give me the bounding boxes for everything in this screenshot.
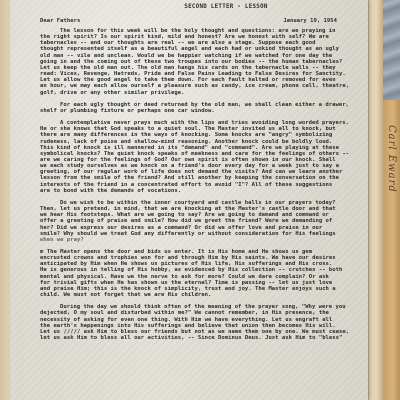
paragraph-2: For each ugly thought or deed returned b… <box>40 102 372 114</box>
text-line: offer a greeting of praise and smile? Ho… <box>40 218 372 224</box>
photo-scene: Carl Eward SECOND LETTER - LESSON Dear F… <box>0 0 400 400</box>
text-line: her? Did we express our desires as a com… <box>40 225 372 231</box>
text-line: an hour, we may each allow ourself a ple… <box>40 83 372 89</box>
paragraph-3: A contemplative never prays much with th… <box>40 120 372 194</box>
text-line: interests of the friend in a concentrate… <box>40 182 372 188</box>
text-line: lesson from the smile of the friend? And… <box>40 175 372 181</box>
paragraph-4: Do we wish to be within the inner courty… <box>40 200 372 243</box>
text-line: thought represented itself as a beautifu… <box>40 46 372 52</box>
page-left-edge <box>0 0 10 400</box>
paragraph-5: m The Master opens the door and bids us … <box>40 249 372 298</box>
text-line: For each ugly thought or deed returned b… <box>40 102 372 108</box>
text-line: there are many differences in the ways o… <box>40 132 372 138</box>
letter-title: SECOND LETTER - LESSON <box>80 4 372 12</box>
paragraph-1: The lesson for this week will be the hol… <box>40 28 372 96</box>
paragraph-6: During the day we should think often of … <box>40 304 372 341</box>
letter-body: SECOND LETTER - LESSON Dear Fathers Janu… <box>40 4 372 347</box>
text-line: when we pray? <box>40 237 372 243</box>
typewritten-letter-page: SECOND LETTER - LESSON Dear Fathers Janu… <box>10 0 368 400</box>
text-line: child. We must not forget that we are Hi… <box>40 292 372 298</box>
text-line: golf, drive or any other similar privile… <box>40 90 372 96</box>
text-line: This kind of knock is ill mannered in it… <box>40 145 372 151</box>
folder-handwritten-label: Carl Eward <box>383 125 397 255</box>
text-line: old man -- vile and unclean. Would we be… <box>40 53 372 59</box>
text-line: the earth's happenings into His sufferin… <box>40 323 372 329</box>
text-line: rudeness, lack of poise and shallow-mind… <box>40 139 372 145</box>
text-line: let us ask Him to bless all our activiti… <box>40 335 372 341</box>
text-line: smile? Why should we treat God any diffe… <box>40 231 372 237</box>
text-line: He is generous in telling of His hobby, … <box>40 267 372 273</box>
salutation: Dear Fathers <box>40 18 80 28</box>
text-line: necessity of asking for even one thing. … <box>40 317 372 323</box>
text-line: dejected, O my soul and disturbed within… <box>40 310 372 316</box>
letter-header-row: Dear Fathers January 19, 1954 <box>40 18 372 28</box>
letter-date: January 19, 1954 <box>283 18 337 28</box>
text-line: mental and physical. Have we the nerve t… <box>40 274 372 280</box>
text-line: are to bond with the demands of vocation… <box>40 188 372 194</box>
text-line: shelf or plumbing fixture or perhaps one… <box>40 108 372 114</box>
